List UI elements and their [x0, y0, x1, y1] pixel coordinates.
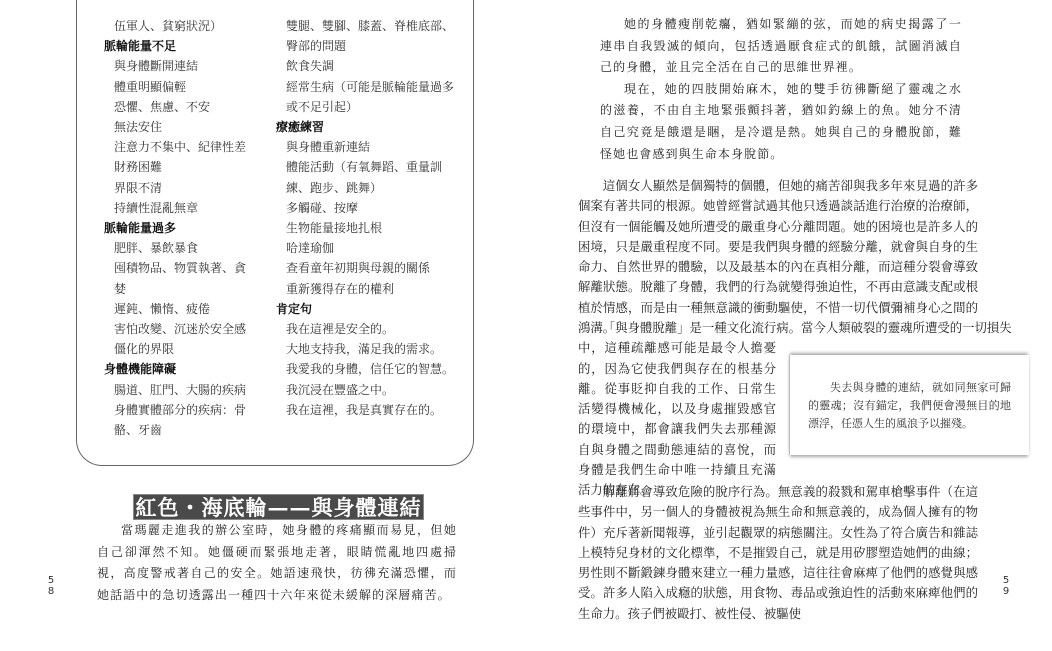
left-page: 伍軍人、貧窮狀況）脈輪能量不足與身體斷開連結體重明顯偏輕恐懼、焦慮、不安無法安住…	[0, 0, 526, 651]
sidebar-heading: 身體機能障礙	[104, 359, 274, 379]
sidebar-list-item: 我在這裡，我是真實存在的。	[276, 400, 476, 420]
page-number-digit: 9	[1001, 586, 1011, 597]
page-number-digit: 8	[46, 586, 56, 597]
sidebar-heading: 脈輪能量過多	[104, 218, 274, 238]
sidebar-heading: 療癒練習	[276, 117, 476, 137]
sidebar-heading: 肯定句	[276, 299, 476, 319]
pull-quote-text: 失去與身體的連結，就如同無家可歸的靈魂；沒有錨定，我們便會漫無目的地漂浮，任憑人…	[808, 379, 1011, 433]
paragraph: 解離將會導致危險的脫序行為。無意義的殺戮和駕車槍擊事件（在這些事件中，另一個人的…	[578, 482, 978, 624]
sidebar-list-item: 經常生病（可能是脈輪能量過多	[276, 77, 476, 97]
paragraph-rest: 中，這種疏離感可能是最令人擔憂的，因為它使我們與存在的根基分離。從事貶抑自我的工…	[578, 338, 776, 500]
sidebar-list-item: 練、跑步、跳舞）	[276, 178, 476, 198]
pull-quote: 失去與身體的連結，就如同無家可歸的靈魂；沒有錨定，我們便會漫無目的地漂浮，任憑人…	[789, 355, 1029, 455]
sidebar-list-item: 財務困難	[104, 157, 274, 177]
sidebar-list-item: 恐懼、焦慮、不安	[104, 97, 274, 117]
left-body-text: 當瑪麗走進我的辦公室時，她身體的疼痛顯而易見，但她自己卻渾然不知。她僵硬而緊張地…	[97, 520, 457, 606]
paragraph-first-line: 「與身體脫離」是一種文化流行病。當今人類破裂的靈魂所遭受的一切損失	[578, 318, 978, 338]
sidebar-list-item: 身體實體部分的疾病：骨	[104, 400, 274, 420]
sidebar-heading: 脈輪能量不足	[104, 36, 274, 56]
page-number-left: 5 8	[46, 575, 56, 597]
sidebar-list-item: 飲食失調	[276, 56, 476, 76]
paragraph: 她的身體瘦削乾癟，猶如緊繃的弦，而她的病史揭露了一連串自我毀滅的傾向，包括透過厭…	[600, 14, 962, 79]
sidebar-list-item: 無法安住	[104, 117, 274, 137]
sidebar-list-item: 與身體重新連結	[276, 137, 476, 157]
section-title: 紅色・海底輪——與身體連結	[133, 494, 424, 520]
paragraph: 這個女人顯然是個獨特的個體，但她的痛苦卻與我多年來見過的許多個案有著共同的根源。…	[578, 176, 978, 338]
paragraph: 現在，她的四肢開始麻木，她的雙手彷彿斷絕了靈魂之水的滋養，不由自主地緊張顫抖著，…	[600, 79, 962, 165]
sidebar-list-item: 我在這裡是安全的。	[276, 319, 476, 339]
sidebar-list-item: 我愛我的身體，信任它的智慧。	[276, 359, 476, 379]
sidebar-list-item: 遲鈍、懶惰、疲倦	[104, 299, 274, 319]
page-number-right: 5 9	[1001, 575, 1011, 597]
sidebar-list-item: 界限不清	[104, 178, 274, 198]
sidebar-list-item: 骼、牙齒	[104, 420, 274, 440]
sidebar-list-item: 囤積物品、物質執著、貪	[104, 258, 274, 278]
sidebar-list-item: 腸道、肛門、大腸的疾病	[104, 380, 274, 400]
right-intro-text: 她的身體瘦削乾癟，猶如緊繃的弦，而她的病史揭露了一連串自我毀滅的傾向，包括透過厭…	[600, 14, 962, 165]
sidebar-list-item: 伍軍人、貧窮狀況）	[104, 16, 274, 36]
sidebar-column-a: 伍軍人、貧窮狀況）脈輪能量不足與身體斷開連結體重明顯偏輕恐懼、焦慮、不安無法安住…	[104, 16, 274, 440]
sidebar-list-item: 臀部的問題	[276, 36, 476, 56]
sidebar-list-item: 查看童年初期與母親的關係	[276, 258, 476, 278]
sidebar-list-item: 持續性混亂無章	[104, 198, 274, 218]
sidebar-list-item: 我沉浸在豐盛之中。	[276, 380, 476, 400]
sidebar-list-item: 體重明顯偏輕	[104, 77, 274, 97]
sidebar-list-item: 多觸碰、按摩	[276, 198, 476, 218]
sidebar-list-item: 注意力不集中、紀律性差	[104, 137, 274, 157]
sidebar-list-item: 婪	[104, 279, 274, 299]
sidebar-list-item: 雙腿、雙腳、膝蓋、脊椎底部、	[276, 16, 476, 36]
dissociation-paragraph: 解離將會導致危險的脫序行為。無意義的殺戮和駕車槍擊事件（在這些事件中，另一個人的…	[578, 482, 978, 624]
paragraph: 當瑪麗走進我的辦公室時，她身體的疼痛顯而易見，但她自己卻渾然不知。她僵硬而緊張地…	[97, 520, 457, 606]
sidebar-list-item: 或不足引起）	[276, 97, 476, 117]
sidebar-list-item: 肥胖、暴飲暴食	[104, 238, 274, 258]
sidebar-list-item: 大地支持我，滿足我的需求。	[276, 339, 476, 359]
sidebar-list-item: 哈達瑜伽	[276, 238, 476, 258]
page-number-digit: 5	[1001, 575, 1011, 586]
sidebar-list-item: 體能活動（有氧舞蹈、重量訓	[276, 157, 476, 177]
sidebar-list-item: 重新獲得存在的權利	[276, 279, 476, 299]
sidebar-list-item: 僵化的界限	[104, 339, 274, 359]
sidebar-list-item: 生物能量接地扎根	[276, 218, 476, 238]
sidebar-list-item: 害怕改變、沉迷於安全感	[104, 319, 274, 339]
right-body-text: 這個女人顯然是個獨特的個體，但她的痛苦卻與我多年來見過的許多個案有著共同的根源。…	[578, 176, 978, 338]
page-number-digit: 5	[46, 575, 56, 586]
sidebar-list-item: 與身體斷開連結	[104, 56, 274, 76]
sidebar-column-b: 雙腿、雙腳、膝蓋、脊椎底部、臀部的問題飲食失調經常生病（可能是脈輪能量過多或不足…	[276, 16, 476, 420]
